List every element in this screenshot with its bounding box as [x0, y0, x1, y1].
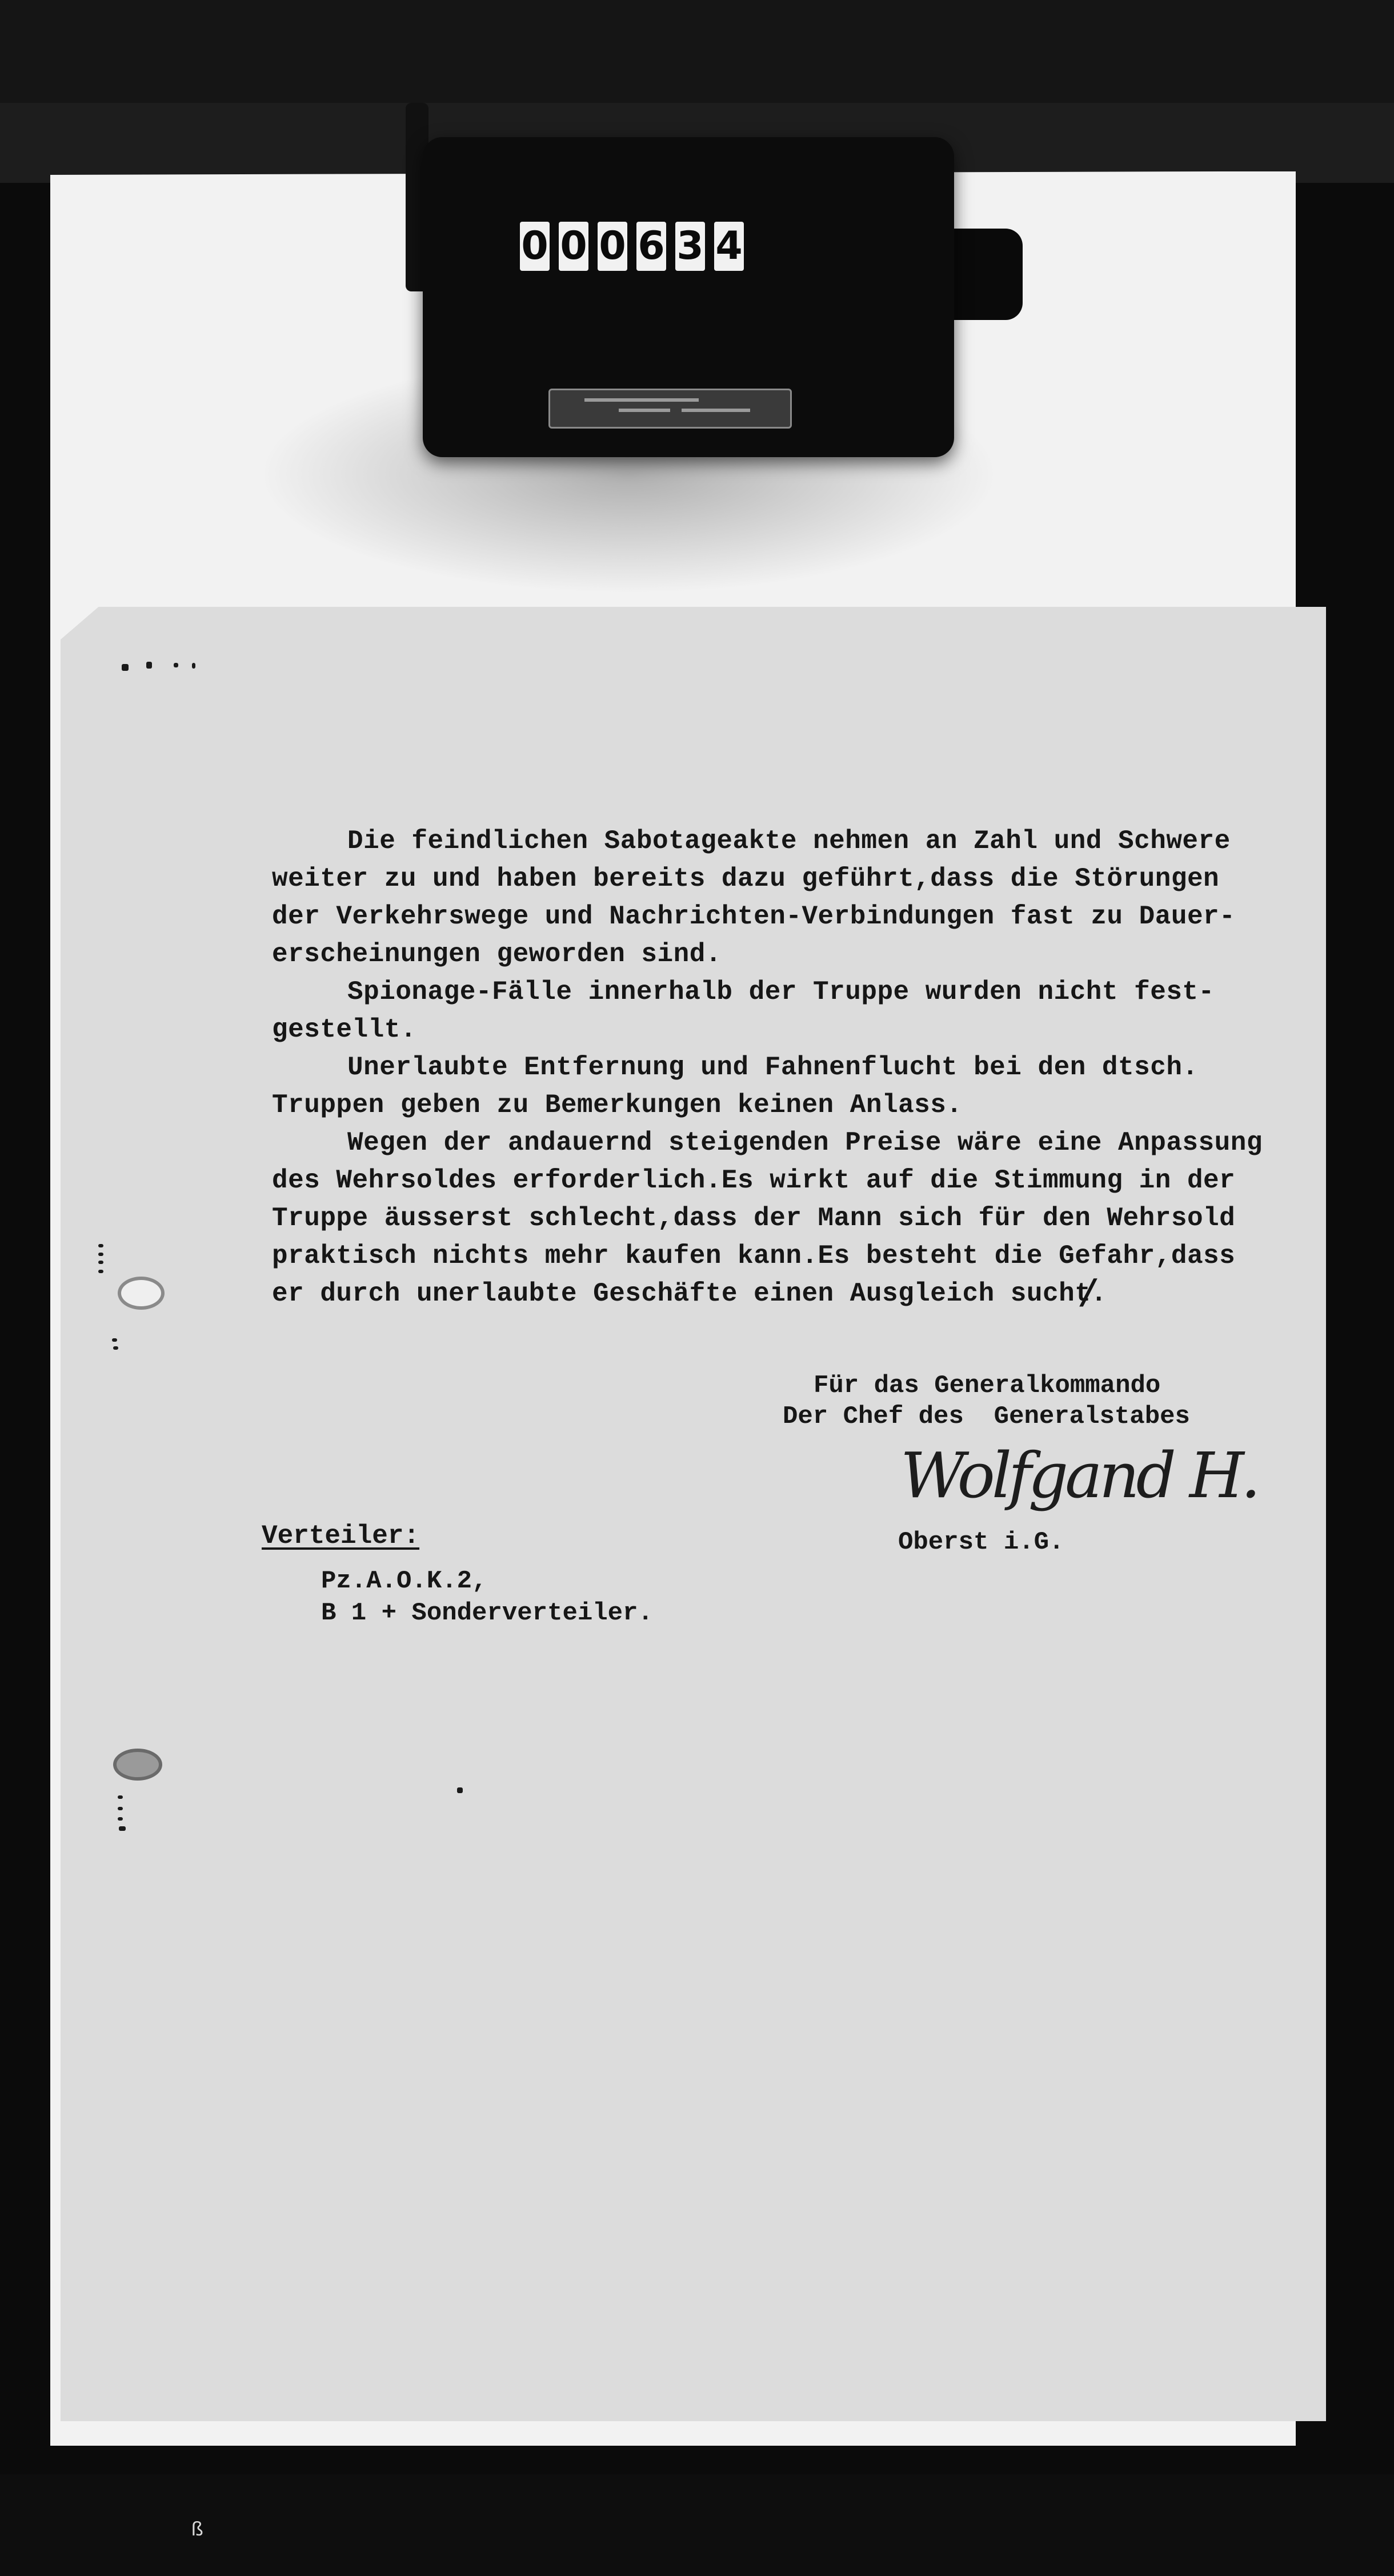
counter-digit: 0 [520, 222, 550, 271]
body-line: Truppe äusserst schlecht,dass der Mann s… [272, 1203, 1235, 1233]
typed-mark [122, 664, 129, 671]
plate-engraving [584, 398, 699, 402]
counter-nameplate [548, 389, 792, 429]
body-line: praktisch nichts mehr kaufen kann.Es bes… [272, 1241, 1235, 1271]
body-line: er durch unerlaubte Geschäfte einen Ausg… [272, 1279, 1107, 1309]
signoff-line-2: Der Chef des Generalstabes [783, 1402, 1190, 1431]
punch-hole [113, 1749, 162, 1781]
typed-mark [146, 662, 152, 669]
stray-mark [457, 1787, 463, 1793]
initial-mark: / [1082, 1272, 1095, 1312]
counter-digit: 3 [675, 222, 705, 271]
margin-mark [98, 1261, 103, 1264]
film-border-top [0, 0, 1394, 103]
punch-hole [118, 1277, 165, 1310]
plate-engraving [619, 409, 670, 412]
typed-mark [174, 663, 178, 667]
counter-knob [948, 229, 1023, 320]
distribution-item: B 1 + Sonderverteiler. [321, 1599, 653, 1627]
plate-engraving [682, 409, 750, 412]
margin-mark [113, 1346, 118, 1350]
body-line: Unerlaubte Entfernung und Fahnenflucht b… [347, 1053, 1199, 1082]
body-line: Die feindlichen Sabotageakte nehmen an Z… [347, 826, 1231, 856]
counter-digit: 4 [714, 222, 744, 271]
film-frame-mark: ß [191, 2520, 203, 2542]
counter-digit: 0 [559, 222, 588, 271]
body-line: der Verkehrswege und Nachrichten-Verbind… [272, 902, 1235, 931]
film-border-bottom [0, 2474, 1394, 2576]
margin-mark [98, 1270, 103, 1273]
body-line: gestellt. [272, 1015, 416, 1045]
body-line: des Wehrsoldes erforderlich.Es wirkt auf… [272, 1166, 1235, 1195]
body-line: Spionage-Fälle innerhalb der Truppe wurd… [347, 977, 1215, 1007]
distribution-item: Pz.A.O.K.2, [321, 1567, 487, 1595]
frame-counter-device: 0 0 0 6 3 4 [423, 137, 954, 457]
body-line: erscheinungen geworden sind. [272, 939, 722, 969]
signoff-rank: Oberst i.G. [898, 1528, 1064, 1557]
typed-document-page: Die feindlichen Sabotageakte nehmen an Z… [61, 607, 1326, 2421]
body-line: Wegen der andauernd steigenden Preise wä… [347, 1128, 1263, 1158]
distribution-title: Verteiler: [262, 1521, 419, 1551]
margin-mark [118, 1795, 123, 1799]
margin-mark [119, 1826, 126, 1831]
margin-mark [98, 1253, 103, 1256]
counter-digit: 6 [636, 222, 666, 271]
margin-mark [98, 1244, 103, 1247]
handwritten-signature: Wolfgand H. [900, 1439, 1257, 1512]
counter-digit: 0 [598, 222, 627, 271]
body-line: weiter zu und haben bereits dazu geführt… [272, 864, 1219, 894]
counter-digits: 0 0 0 6 3 4 [520, 222, 744, 271]
body-line: Truppen geben zu Bemerkungen keinen Anla… [272, 1090, 963, 1120]
margin-mark [112, 1338, 117, 1342]
signoff-line-1: Für das Generalkommando [814, 1371, 1160, 1400]
margin-mark [118, 1817, 123, 1821]
margin-mark [118, 1807, 123, 1810]
typed-mark [192, 663, 195, 669]
